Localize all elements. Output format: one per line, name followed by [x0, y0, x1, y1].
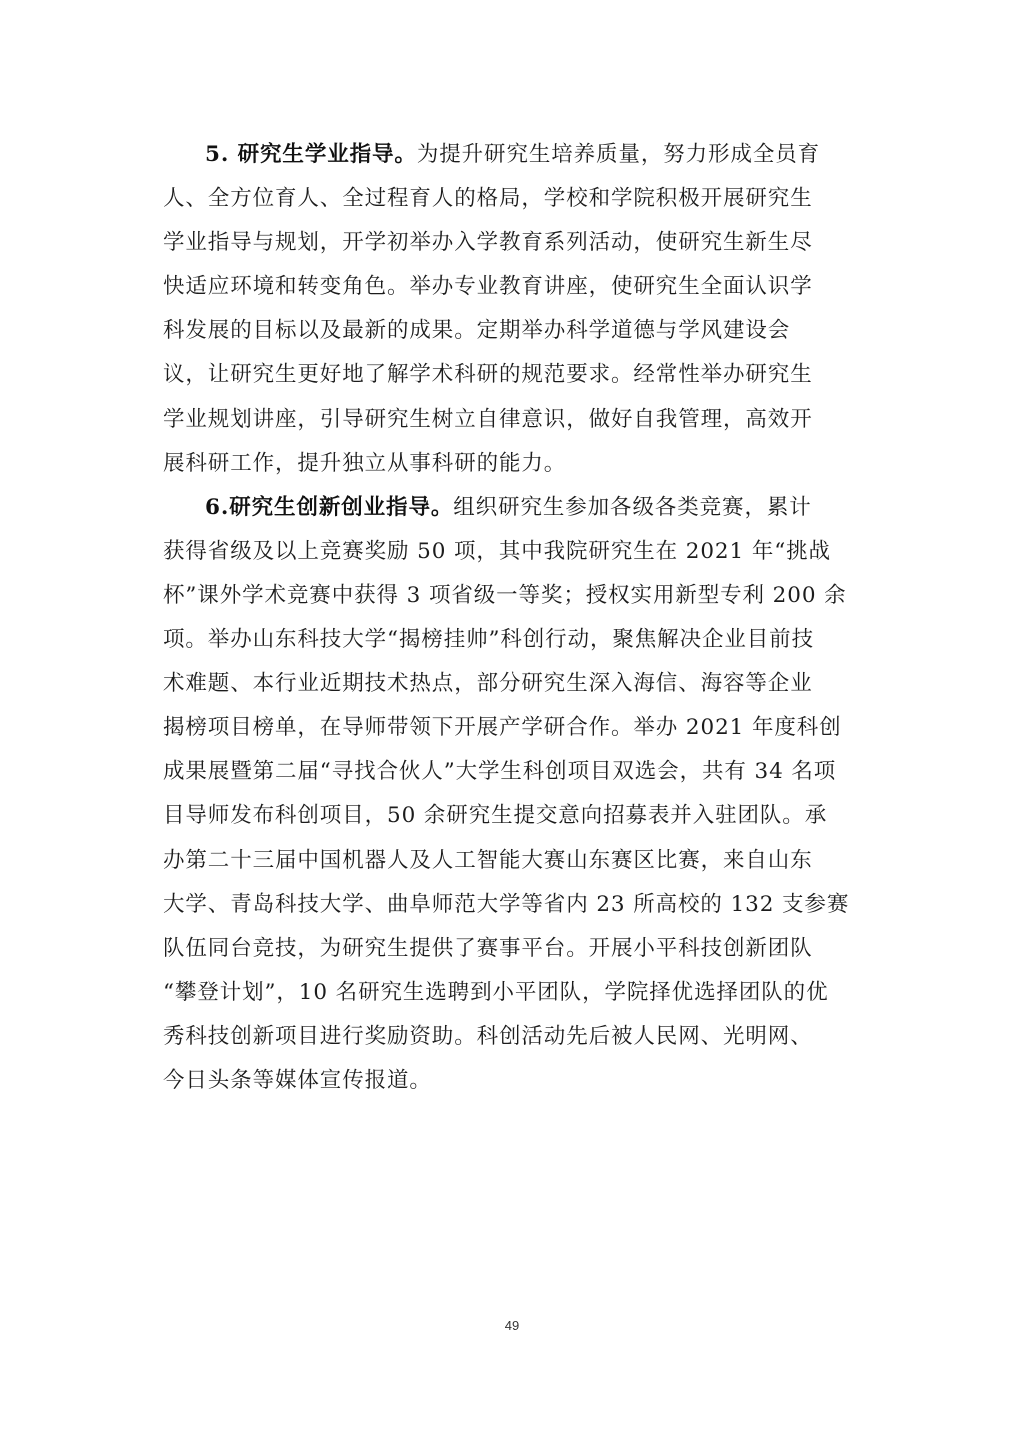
paragraph-line: 议，让研究生更好地了解学术科研的规范要求。经常性举办研究生 — [163, 353, 863, 397]
paragraph-line: 目导师发布科创项目，50 余研究生提交意向招募表并入驻团队。承 — [163, 794, 863, 838]
paragraph-line: 项。举办山东科技大学“揭榜挂帅”科创行动，聚焦解决企业目前技 — [163, 618, 863, 662]
section-heading: 6.研究生创新创业指导。 — [205, 495, 453, 520]
paragraph-text: 为提升研究生培养质量，努力形成全员育 — [417, 142, 820, 167]
paragraph-line: 揭榜项目榜单，在导师带领下开展产学研合作。举办 2021 年度科创 — [163, 706, 863, 750]
paragraph-line: 办第二十三届中国机器人及人工智能大赛山东赛区比赛，来自山东 — [163, 839, 863, 883]
section-innovation-guidance: 6.研究生创新创业指导。组织研究生参加各级各类竞赛，累计 获得省级及以上竞赛奖励… — [163, 486, 863, 1103]
paragraph-line: 人、全方位育人、全过程育人的格局，学校和学院积极开展研究生 — [163, 177, 863, 221]
paragraph-text: 组织研究生参加各级各类竞赛，累计 — [453, 495, 811, 520]
page-number: 49 — [0, 1318, 1024, 1333]
paragraph-line: 大学、青岛科技大学、曲阜师范大学等省内 23 所高校的 132 支参赛 — [163, 883, 863, 927]
paragraph-line: 快适应环境和转变角色。举办专业教育讲座，使研究生全面认识学 — [163, 265, 863, 309]
paragraph-line: 秀科技创新项目进行奖励资助。科创活动先后被人民网、光明网、 — [163, 1015, 863, 1059]
document-page: 5. 研究生学业指导。为提升研究生培养质量，努力形成全员育 人、全方位育人、全过… — [0, 0, 1024, 1448]
paragraph-line: 成果展暨第二届“寻找合伙人”大学生科创项目双选会，共有 34 名项 — [163, 750, 863, 794]
paragraph-line: 学业规划讲座，引导研究生树立自律意识，做好自我管理，高效开 — [163, 398, 863, 442]
paragraph-line: 获得省级及以上竞赛奖励 50 项，其中我院研究生在 2021 年“挑战 — [163, 530, 863, 574]
paragraph-line: 6.研究生创新创业指导。组织研究生参加各级各类竞赛，累计 — [163, 486, 863, 530]
paragraph-line: 队伍同台竞技，为研究生提供了赛事平台。开展小平科技创新团队 — [163, 927, 863, 971]
document-body: 5. 研究生学业指导。为提升研究生培养质量，努力形成全员育 人、全方位育人、全过… — [163, 133, 863, 1103]
paragraph-line: 杯”课外学术竞赛中获得 3 项省级一等奖；授权实用新型专利 200 余 — [163, 574, 863, 618]
paragraph-line: 今日头条等媒体宣传报道。 — [163, 1059, 863, 1103]
paragraph-line: 术难题、本行业近期技术热点，部分研究生深入海信、海容等企业 — [163, 662, 863, 706]
section-heading: 5. 研究生学业指导。 — [205, 142, 417, 167]
paragraph-line: 展科研工作，提升独立从事科研的能力。 — [163, 442, 863, 486]
paragraph-line: “攀登计划”，10 名研究生选聘到小平团队，学院择优选择团队的优 — [163, 971, 863, 1015]
paragraph-line: 学业指导与规划，开学初举办入学教育系列活动，使研究生新生尽 — [163, 221, 863, 265]
paragraph-line: 5. 研究生学业指导。为提升研究生培养质量，努力形成全员育 — [163, 133, 863, 177]
section-academic-guidance: 5. 研究生学业指导。为提升研究生培养质量，努力形成全员育 人、全方位育人、全过… — [163, 133, 863, 486]
paragraph-line: 科发展的目标以及最新的成果。定期举办科学道德与学风建设会 — [163, 309, 863, 353]
